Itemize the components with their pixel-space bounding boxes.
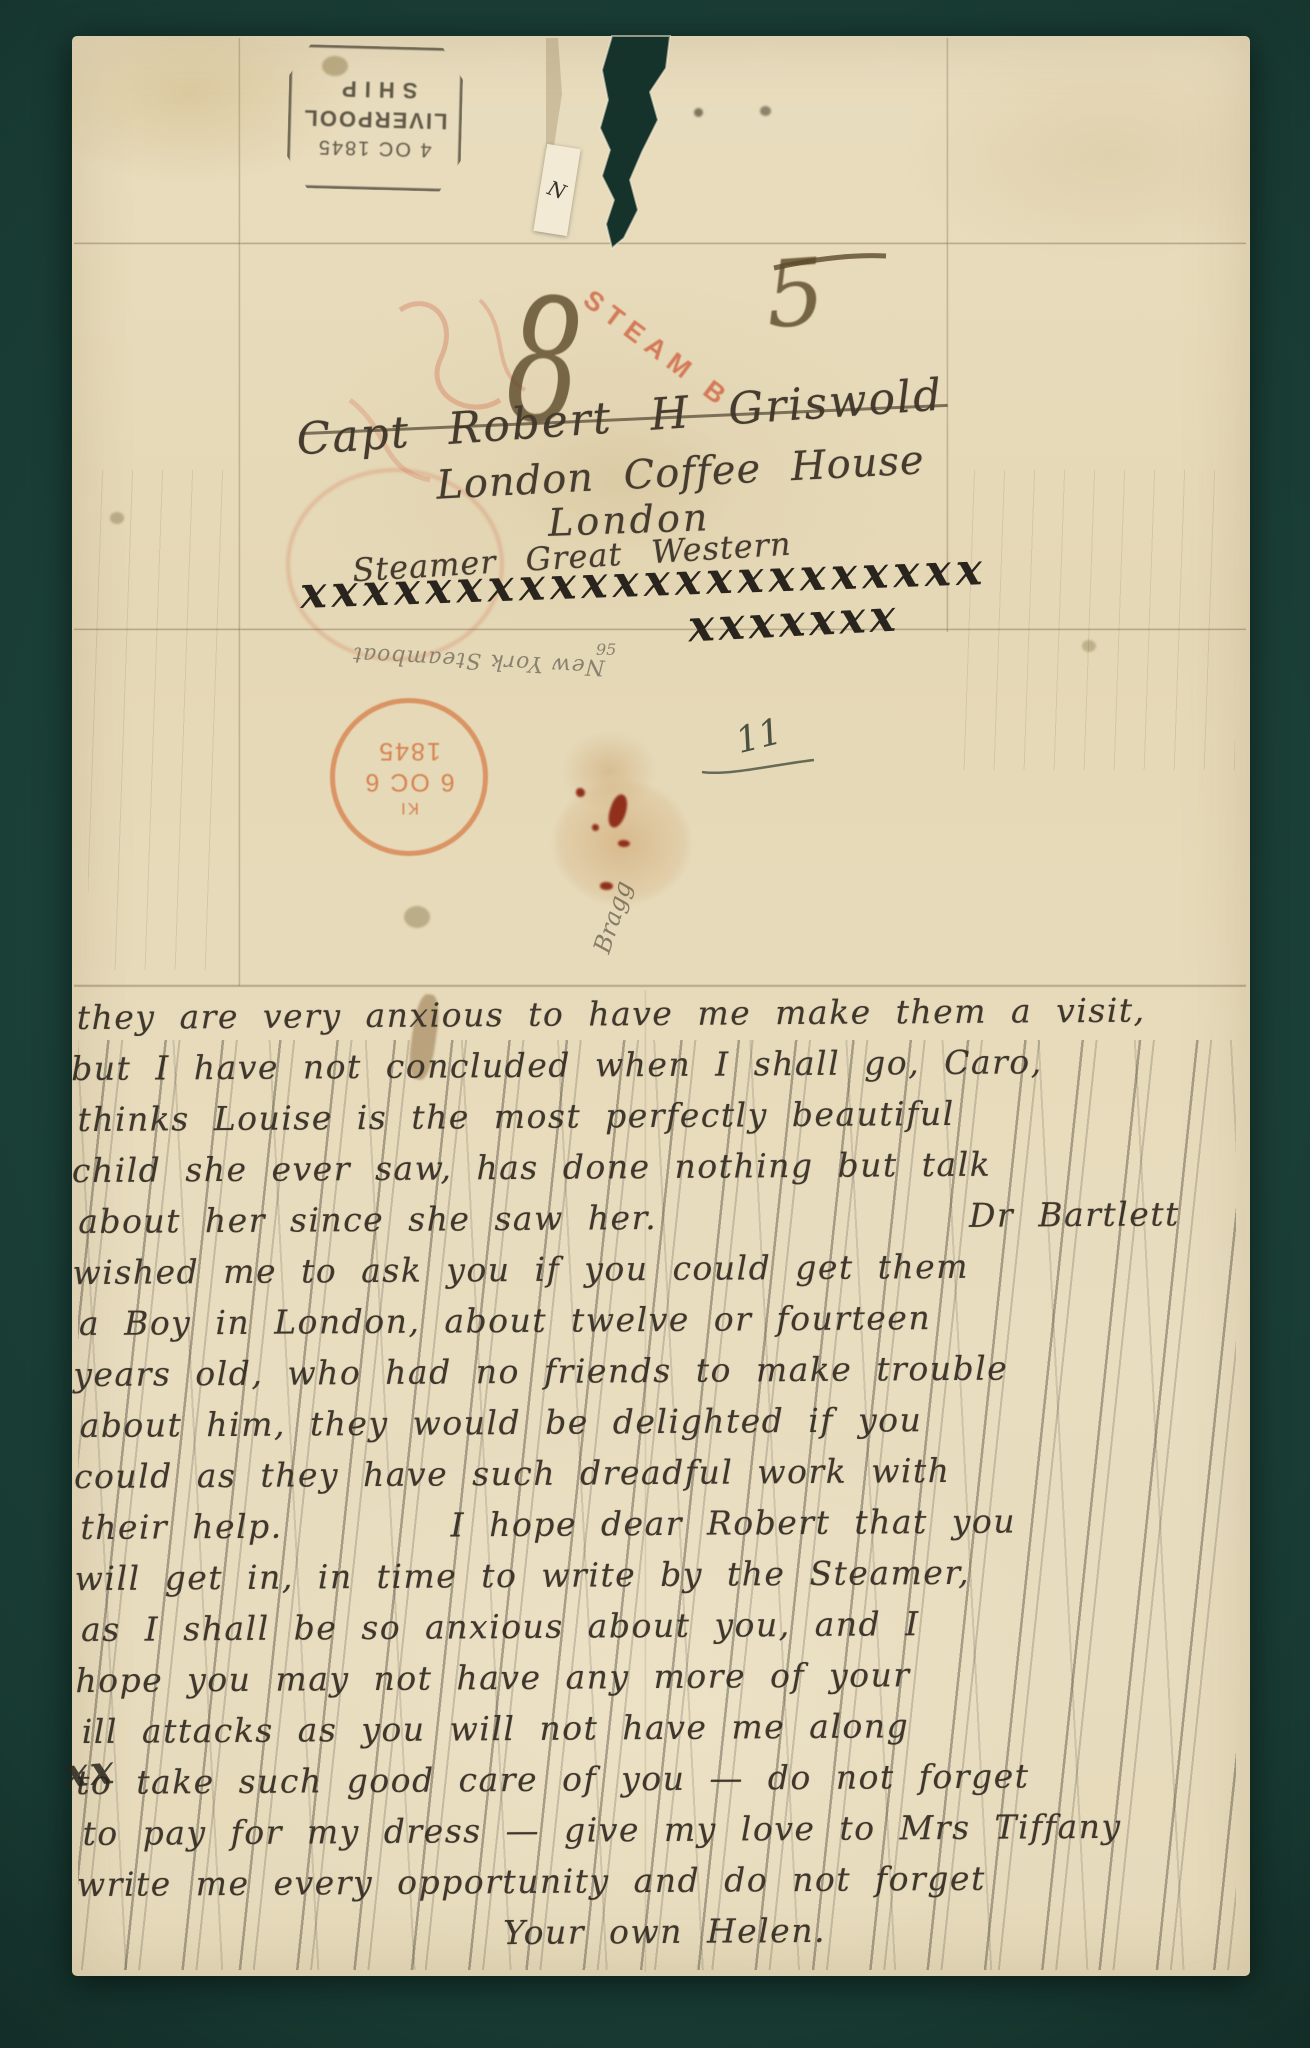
stain-spot (694, 108, 703, 117)
datestamp-code: KI (399, 798, 419, 818)
wax-speck (592, 824, 599, 831)
datestamp-date: 6 OC 6 (363, 767, 454, 796)
stain-spot (110, 512, 124, 524)
stain-spot (1082, 640, 1096, 652)
wax-speck (605, 792, 631, 829)
pencil-number: 95 (596, 640, 616, 659)
liverpool-ship-stamp: 4 OC 1845 LIVERPOOL SHIP (286, 44, 464, 193)
letter-line: child she ever saw, has done nothing but… (72, 1137, 1236, 1196)
letter-line: to take such good care of you — do not f… (76, 1749, 1240, 1808)
pen-mark-11-flourish (698, 748, 818, 778)
liverpool-stamp-ship: SHIP (334, 75, 418, 103)
letter-line: their help. I hope dear Robert that you (80, 1494, 1238, 1553)
rate-5-top-bar (770, 246, 890, 276)
letter-line: hope you may not have any more of your (75, 1647, 1239, 1706)
letter-line: but I have not concluded when I shall go… (71, 1035, 1235, 1094)
liverpool-stamp-office: LIVERPOOL (302, 105, 448, 135)
wax-speck (576, 788, 585, 797)
letter-line: about him, they would be delighted if yo… (79, 1392, 1237, 1451)
letter-line: to pay for my dress — give my love to Mr… (82, 1800, 1240, 1859)
stain-spot (322, 56, 348, 76)
letter-line: wished me to ask you if you could get th… (72, 1239, 1236, 1298)
liverpool-stamp-date: 4 OC 1845 (317, 135, 432, 161)
fragment-letter: N (545, 176, 570, 205)
letter-line: will get in, in time to write by the Ste… (75, 1545, 1239, 1604)
wax-speck (618, 840, 630, 847)
small-cross-out: xx (62, 1746, 118, 1797)
datestamp-year: 1845 (377, 736, 441, 765)
letter-line: write me every opportunity and do not fo… (77, 1851, 1241, 1910)
stain-spot (404, 906, 430, 928)
letter-line: years old, who had no friends to make tr… (73, 1341, 1237, 1400)
letter-line: a Boy in London, about twelve or fourtee… (79, 1290, 1237, 1349)
letter-line: about her since she saw her. Dr Bartlett (78, 1188, 1236, 1247)
letter-line: as I shall be so anxious about you, and … (81, 1596, 1239, 1655)
letter-line: could as they have such dreadful work wi… (74, 1443, 1238, 1502)
letter-line: thinks Louise is the most perfectly beau… (77, 1086, 1235, 1145)
letter-line: Your own Helen. (503, 1902, 1241, 1958)
letter-line: they are very anxious to have me make th… (77, 984, 1235, 1043)
letter-line: ill attacks as you will not have me alon… (82, 1698, 1240, 1757)
letter-body-text: they are very anxious to have me make th… (77, 984, 1242, 1961)
london-datestamp: KI 6 OC 6 1845 (330, 698, 488, 856)
photo-of-folded-letter: N 4 OC 1845 LIVERPOOL SHIP STEAM B 8 5 C… (0, 0, 1310, 2048)
stain-spot (760, 106, 771, 116)
